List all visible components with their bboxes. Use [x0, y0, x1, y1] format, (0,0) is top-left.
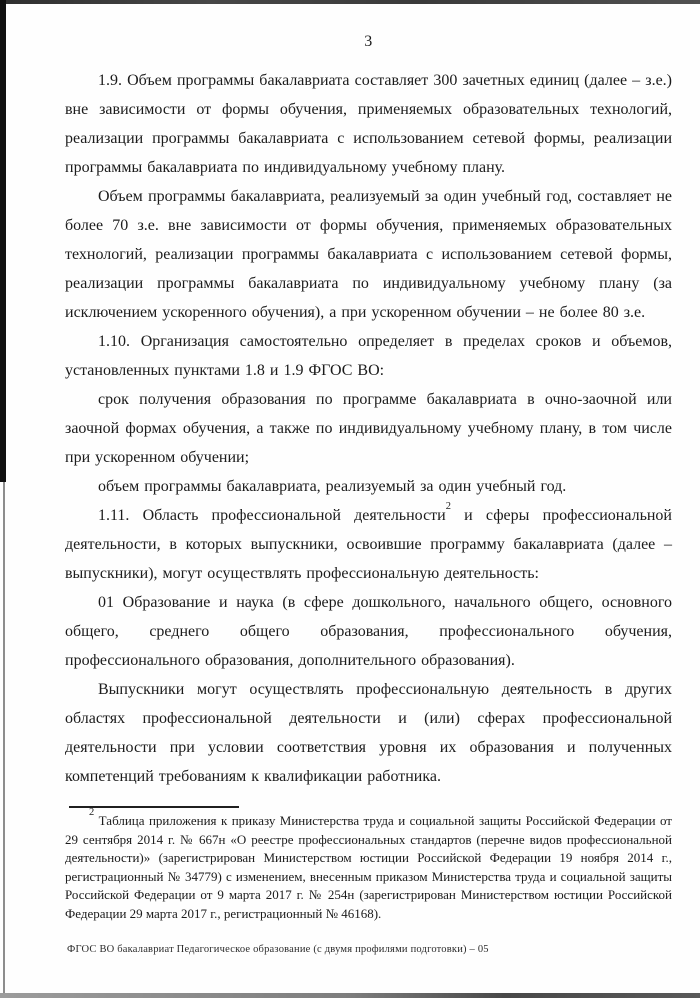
paragraph-1-10-organization: 1.10. Организация самостоятельно определ… — [65, 327, 672, 385]
paragraph-term-of-education: срок получения образования по программе … — [65, 385, 672, 472]
paragraph-other-areas: Выпускники могут осуществлять профессион… — [65, 675, 672, 791]
footnote-separator-line — [69, 806, 239, 808]
paragraph-annual-volume: Объем программы бакалавриата, реализуемы… — [65, 182, 672, 327]
footnote-reference-2: 2 — [446, 501, 451, 512]
footnote-section: 2 Таблица приложения к приказу Министерс… — [65, 806, 672, 923]
document-footer-label: ФГОС ВО бакалавриат Педагогическое образ… — [67, 943, 627, 956]
paragraph-1-9-volume: 1.9. Объем программы бакалавриата состав… — [65, 66, 672, 182]
scan-edge-left — [0, 0, 6, 482]
footnote-marker: 2 — [89, 807, 94, 818]
scan-edge-left-thin — [3, 482, 5, 998]
scanned-document-page: { "page": { "number": "3", "body": { "p1… — [0, 0, 700, 998]
paragraph-annual-program-volume: объем программы бакалавриата, реализуемы… — [65, 472, 672, 501]
page-number: 3 — [65, 32, 672, 52]
scan-edge-bottom — [0, 993, 700, 998]
body-text: 1.9. Объем программы бакалавриата состав… — [65, 66, 672, 791]
paragraph-1-11-text: 1.11. Область профессиональной деятельно… — [98, 507, 446, 524]
paragraph-area-01-education: 01 Образование и наука (в сфере дошкольн… — [65, 588, 672, 675]
scan-edge-top — [0, 0, 700, 4]
footnote-body-text: Таблица приложения к приказу Министерств… — [65, 813, 672, 921]
footnote-2: 2 Таблица приложения к приказу Министерс… — [65, 812, 672, 923]
paragraph-1-11-professional-area: 1.11. Область профессиональной деятельно… — [65, 501, 672, 588]
page-body: 3 1.9. Объем программы бакалавриата сост… — [65, 32, 672, 791]
